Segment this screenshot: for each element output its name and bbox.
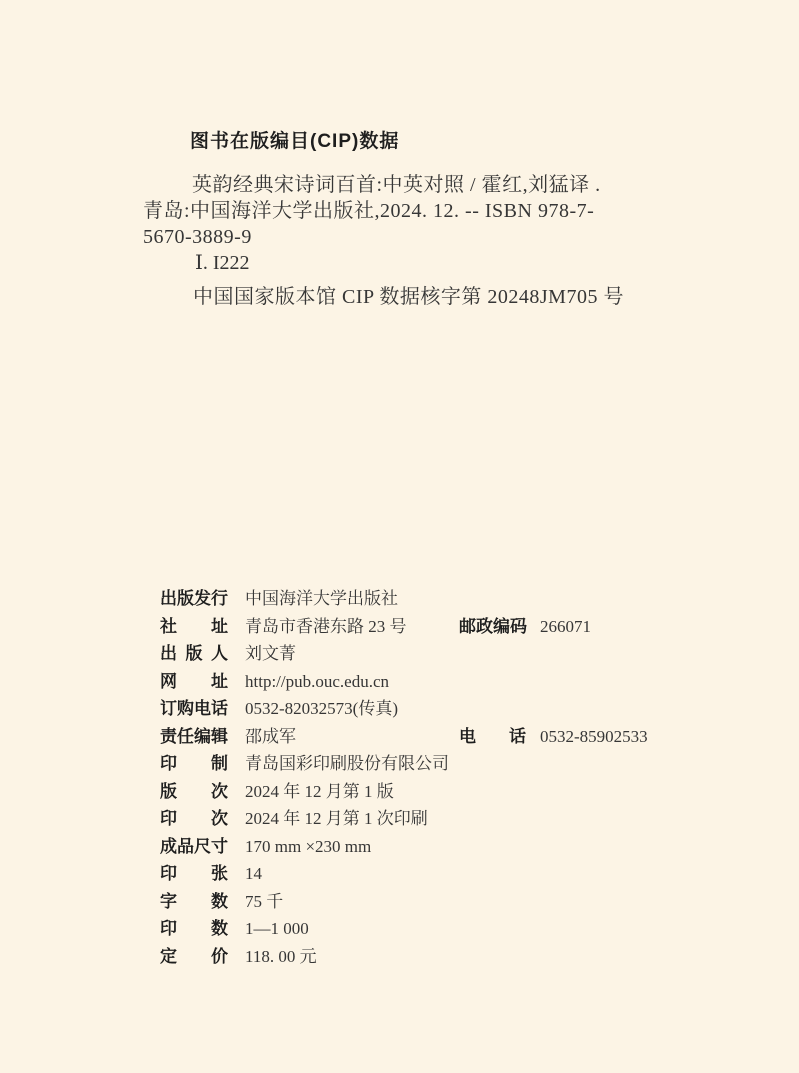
- cip-record-line: 5670-3889-9: [143, 224, 643, 250]
- colophon-value: 266071: [540, 617, 591, 636]
- colophon-value: 118. 00 元: [245, 947, 317, 966]
- colophon-value: 1—1 000: [245, 919, 309, 938]
- cip-heading: 图书在版编目(CIP)数据: [190, 129, 643, 155]
- colophon-value: 青岛国彩印刷股份有限公司: [245, 754, 449, 773]
- colophon-row-size: 成品尺寸170 mm ×230 mm: [160, 833, 720, 861]
- colophon-row-word-count: 字数75 千: [160, 888, 720, 916]
- colophon-row-publisher-person: 出版人刘文菁: [160, 640, 720, 668]
- cip-data-block: 图书在版编目(CIP)数据 英韵经典宋诗词百首:中英对照 / 霍红,刘猛译 . …: [143, 129, 643, 310]
- colophon-label: 社址: [160, 613, 228, 641]
- colophon-row-sheets: 印张14: [160, 860, 720, 888]
- colophon-label: 印制: [160, 750, 228, 778]
- cip-classification: Ⅰ. I222: [195, 250, 643, 276]
- colophon-label: 成品尺寸: [160, 833, 228, 861]
- colophon-label: 责任编辑: [160, 723, 228, 751]
- colophon-value: 170 mm ×230 mm: [245, 837, 371, 856]
- colophon-row-address: 社址青岛市香港东路 23 号 邮政编码266071: [160, 613, 720, 641]
- colophon-row-impression: 印次2024 年 12 月第 1 次印刷: [160, 805, 720, 833]
- colophon-row-edition: 版次2024 年 12 月第 1 版: [160, 778, 720, 806]
- cip-registry-note: 中国国家版本馆 CIP 数据核字第 20248JM705 号: [193, 284, 643, 310]
- colophon-row-printer: 印制青岛国彩印刷股份有限公司: [160, 750, 720, 778]
- colophon-value: 0532-85902533: [540, 727, 648, 746]
- colophon-label: 版次: [160, 778, 228, 806]
- colophon-right-col: 电话0532-85902533: [459, 723, 648, 752]
- colophon-row-order-phone: 订购电话0532-82032573(传真): [160, 695, 720, 723]
- colophon-value: 青岛市香港东路 23 号: [245, 617, 407, 636]
- colophon-label: 出版人: [160, 640, 228, 668]
- colophon-row-editor: 责任编辑邵成军 电话0532-85902533: [160, 723, 720, 751]
- colophon-value: 刘文菁: [245, 644, 296, 663]
- colophon-row-publisher: 出版发行中国海洋大学出版社: [160, 585, 720, 613]
- colophon-row-price: 定价118. 00 元: [160, 943, 720, 971]
- colophon-row-website: 网址http://pub.ouc.edu.cn: [160, 668, 720, 696]
- colophon-label: 印数: [160, 915, 228, 943]
- colophon-label: 出版发行: [160, 585, 228, 613]
- colophon-label: 邮政编码: [459, 613, 526, 641]
- colophon-value: 中国海洋大学出版社: [245, 589, 398, 608]
- colophon-label: 网址: [160, 668, 228, 696]
- colophon-label: 定价: [160, 943, 228, 971]
- colophon-row-print-run: 印数1—1 000: [160, 915, 720, 943]
- colophon-label: 字数: [160, 888, 228, 916]
- colophon-label: 印张: [160, 860, 228, 888]
- colophon-label: 订购电话: [160, 695, 228, 723]
- cip-record-line: 英韵经典宋诗词百首:中英对照 / 霍红,刘猛译 .: [192, 172, 643, 198]
- colophon-right-col: 邮政编码266071: [459, 613, 591, 642]
- cip-record-line: 青岛:中国海洋大学出版社,2024. 12. -- ISBN 978-7-: [143, 198, 643, 224]
- colophon-value: 2024 年 12 月第 1 次印刷: [245, 809, 428, 828]
- colophon-value: 14: [245, 864, 262, 883]
- colophon-block: 出版发行中国海洋大学出版社 社址青岛市香港东路 23 号 邮政编码266071 …: [160, 585, 720, 970]
- colophon-value: 邵成军: [245, 727, 296, 746]
- colophon-label: 电话: [459, 723, 526, 751]
- colophon-value: 75 千: [245, 892, 283, 911]
- colophon-value: http://pub.ouc.edu.cn: [245, 672, 389, 691]
- colophon-value: 2024 年 12 月第 1 版: [245, 782, 394, 801]
- colophon-value: 0532-82032573(传真): [245, 699, 398, 718]
- book-copyright-page: 图书在版编目(CIP)数据 英韵经典宋诗词百首:中英对照 / 霍红,刘猛译 . …: [0, 0, 799, 1073]
- colophon-label: 印次: [160, 805, 228, 833]
